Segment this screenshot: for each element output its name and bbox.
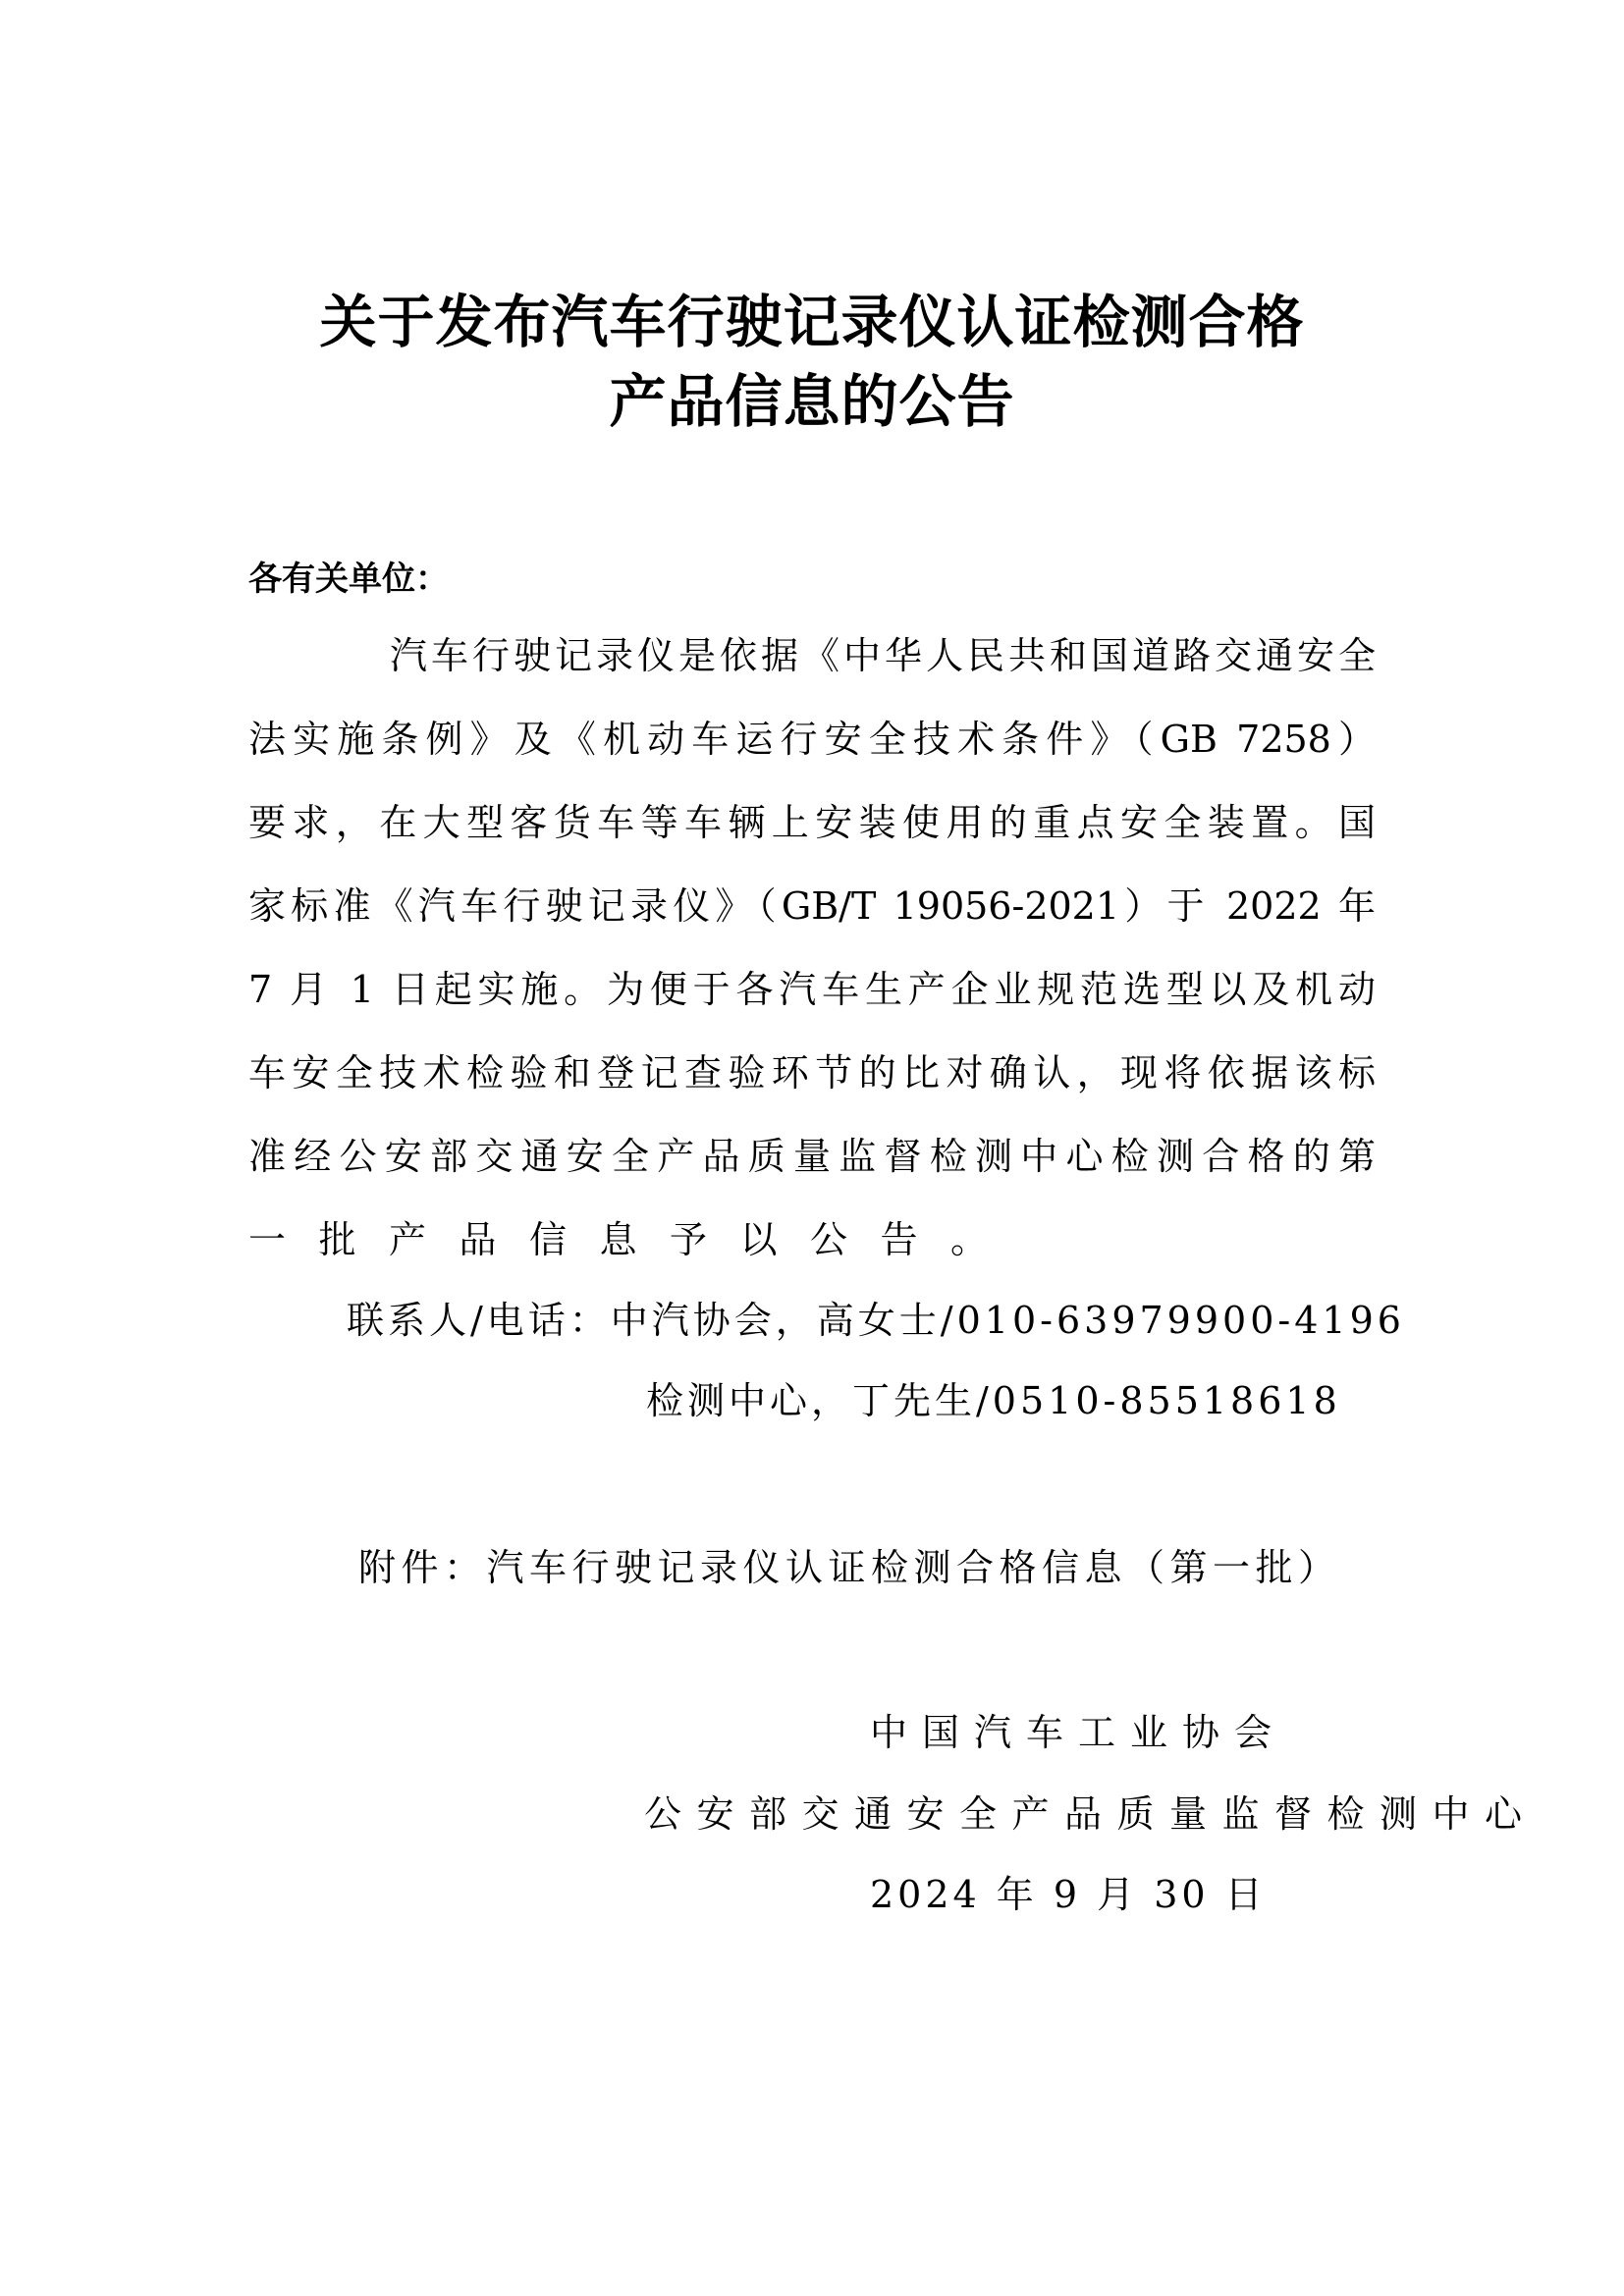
body-line: 车安全技术检验和登记查验环节的比对确认，现将依据该标 [248, 1048, 1376, 1097]
attachment-reference: 附件：汽车行驶记录仪认证检测合格信息（第一批） [358, 1543, 1341, 1592]
contact-line-association: 联系人/电话：中汽协会，高女士/010-63979900-4196 [347, 1296, 1405, 1345]
body-line: 汽车行驶记录仪是依据《中华人民共和国道路交通安全 [390, 631, 1376, 680]
body-line: 一批产品信息予以公告。 [248, 1215, 1021, 1264]
body-line: 7 月 1 日起实施。为便于各汽车生产企业规范选型以及机动 [248, 965, 1376, 1014]
body-line: 准经公安部交通安全产品质量监督检测中心检测合格的第 [248, 1132, 1376, 1181]
document-page: 关于发布汽车行驶记录仪认证检测合格 产品信息的公告 各有关单位： 汽车行驶记录仪… [0, 0, 1624, 2296]
contact-line-testing-center: 检测中心，丁先生/0510-85518618 [646, 1376, 1341, 1425]
body-line: 要求，在大型客货车等车辆上安装使用的重点安全装置。国 [248, 798, 1376, 847]
signature-org-1: 中国汽车工业协会 [870, 1708, 1286, 1757]
body-line: 家标准《汽车行驶记录仪》（GB/T 19056-2021）于 2022 年 [248, 881, 1376, 931]
document-title-line-2: 产品信息的公告 [0, 367, 1624, 436]
document-title-line-1: 关于发布汽车行驶记录仪认证检测合格 [0, 288, 1624, 356]
signature-org-2: 公安部交通安全产品质量监督检测中心 [644, 1789, 1538, 1839]
signature-date: 2024 年 9 月 30 日 [870, 1870, 1267, 1919]
body-line: 法实施条例》及《机动车运行安全技术条件》（GB 7258） [248, 715, 1376, 764]
salutation: 各有关单位： [248, 558, 449, 601]
